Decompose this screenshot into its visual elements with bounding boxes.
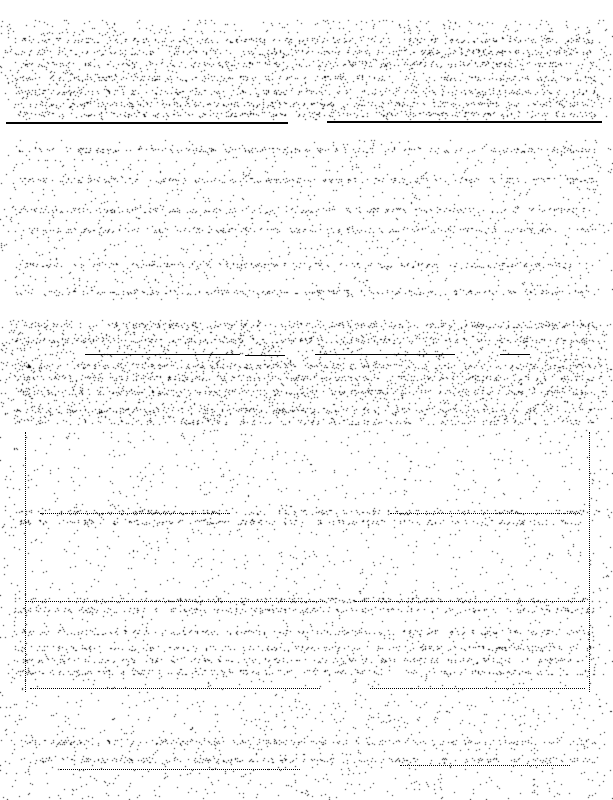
header-right-text: [illegible] — [340, 40, 345, 41]
body-paragraph: [illegible] — [20, 160, 25, 161]
scan-noise — [0, 0, 613, 800]
header-rule-left — [6, 122, 288, 124]
frame-mid-rule-right — [390, 513, 580, 514]
header-left-text: [illegible] — [20, 40, 25, 41]
table-header-rule-2 — [245, 355, 285, 356]
table-left-column: [illegible] — [35, 520, 40, 521]
frame-row-rule-right — [355, 601, 585, 602]
table-header-rule-1 — [85, 354, 240, 355]
table-header-rule-3 — [315, 354, 455, 355]
footer-text: [illegible] — [20, 740, 25, 741]
table-header-rule-4 — [500, 354, 530, 355]
frame-bottom-rule-left — [30, 688, 320, 689]
frame-bottom-rule-right — [370, 688, 585, 689]
table-right-column: [illegible] — [370, 600, 375, 601]
table-header-text: [illegible] — [30, 340, 35, 341]
footer-rule-right — [400, 765, 570, 766]
body-paragraph: [illegible] — [20, 210, 25, 211]
frame-left-edge — [25, 432, 27, 692]
header-rule-right — [327, 121, 602, 123]
body-paragraph: [illegible] — [20, 290, 25, 291]
frame-right-edge — [589, 432, 591, 692]
footer-rule-left — [60, 769, 300, 770]
frame-row-rule-left — [25, 601, 325, 602]
frame-mid-rule-left — [40, 513, 230, 514]
